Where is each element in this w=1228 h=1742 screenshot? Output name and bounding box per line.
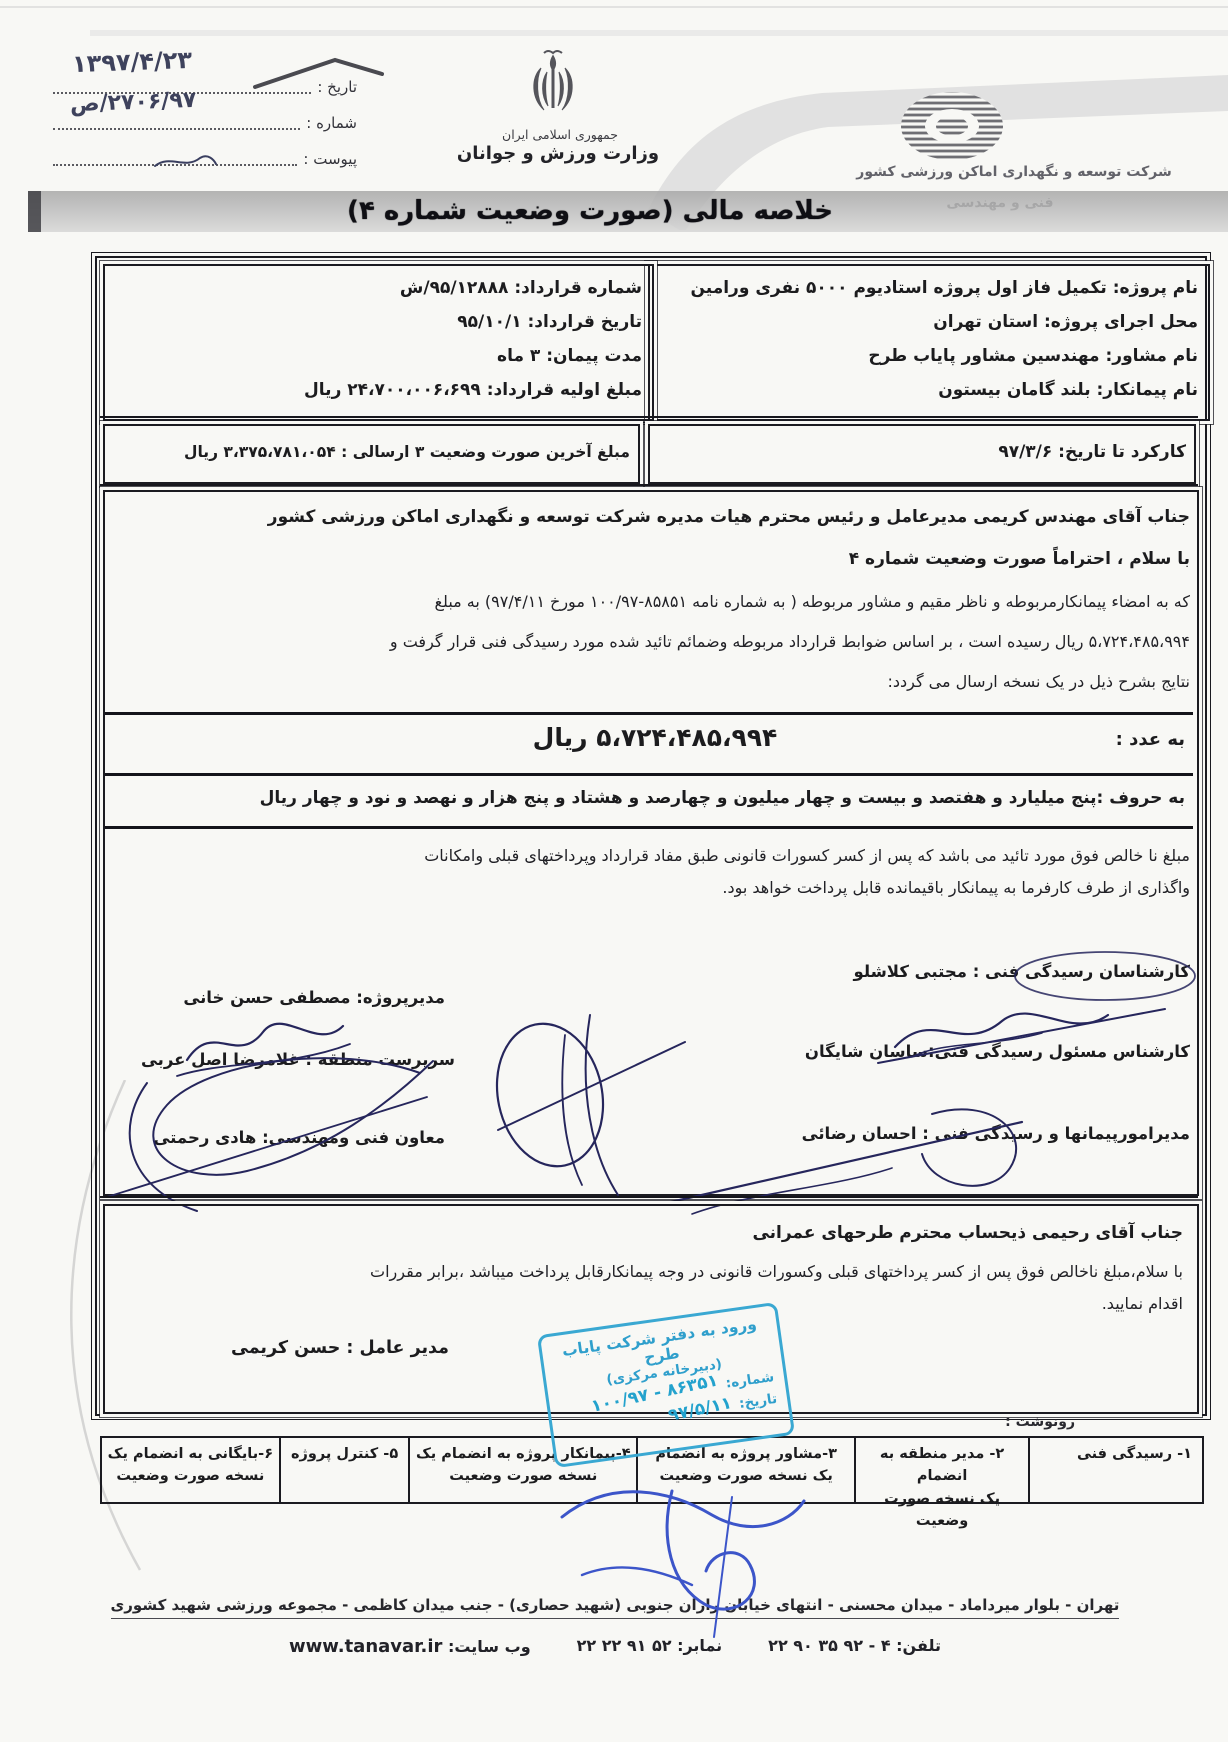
signature-kalashlou bbox=[870, 985, 1180, 1080]
ref-number-label: شماره : bbox=[300, 114, 357, 132]
consultant-name: نام مشاور: مهندسین مشاور پایاب طرح bbox=[654, 339, 1198, 373]
divider-line bbox=[100, 416, 1198, 423]
iran-emblem-icon bbox=[520, 48, 586, 126]
ref-number-value-handwritten: ۲۷۰۶/۹۷/ص bbox=[70, 88, 197, 117]
contractor-name: نام پیمانکار: بلند گامان بیستون bbox=[654, 373, 1198, 407]
ref-number-row: شماره : bbox=[45, 114, 357, 132]
stamp-date-label: تاریخ: bbox=[738, 1391, 778, 1412]
signature-blue-pen bbox=[520, 1455, 820, 1650]
distribution-label: رونوشت : bbox=[925, 1414, 1075, 1430]
attachment-scribble bbox=[150, 148, 220, 174]
website: وب سایت: www.tanavar.ir bbox=[289, 1636, 531, 1657]
contract-info-cell: شماره قرارداد: ۹۵/۱۲۸۸۸/ش تاریخ قرارداد:… bbox=[103, 264, 654, 421]
letter1-body-line2: ۵،۷۲۴،۴۸۵،۹۹۴ ریال رسیده است ، بر اساس ض… bbox=[110, 628, 1190, 656]
letter1-body-line3: نتایج بشرح ذیل در یک نسخه ارسال می گردد: bbox=[110, 668, 1190, 696]
company-name: شرکت توسعه و نگهداری اماکن ورزشی کشور bbox=[818, 164, 1210, 180]
project-info-cell: نام پروژه: تکمیل فاز اول پروژه استادیوم … bbox=[648, 264, 1210, 421]
work-until-cell: کارکرد تا تاریخ: ۹۷/۳/۶ bbox=[648, 424, 1196, 484]
ref-date-value-handwritten: ۱۳۹۷/۴/۲۳ bbox=[72, 46, 193, 78]
website-url: www.tanavar.ir bbox=[289, 1636, 442, 1657]
contract-number: شماره قرارداد: ۹۵/۱۲۸۸۸/ش bbox=[109, 271, 642, 305]
amount-digits-label: به عدد : bbox=[1116, 729, 1185, 750]
letter2-salutation: جناب آقای رحیمی ذیحساب محترم طرحهای عمرا… bbox=[113, 1218, 1183, 1248]
last-statement-cell: مبلغ آخرین صورت وضعیت ۳ ارسالی : ۳،۳۷۵،۷… bbox=[103, 424, 640, 484]
amount-digits-value: ۵،۷۲۴،۴۸۵،۹۹۴ ریال bbox=[405, 723, 905, 752]
website-label: وب سایت: bbox=[448, 1637, 531, 1656]
contract-duration: مدت پیمان: ۳ ماه bbox=[109, 339, 642, 373]
project-location: محل اجرای پروژه: استان تهران bbox=[654, 305, 1198, 339]
letter2-body-line1: با سلام،مبلغ ناخالص فوق پس از کسر پرداخت… bbox=[113, 1258, 1183, 1286]
ceo-signature-line: مدیر عامل : حسن کریمی bbox=[225, 1338, 455, 1358]
net-amount-line2: واگذاری از طرف کارفرما به پیمانکار باقیم… bbox=[110, 874, 1190, 902]
work-until-date: کارکرد تا تاریخ: ۹۷/۳/۶ bbox=[650, 426, 1194, 478]
scan-streak bbox=[0, 6, 1228, 8]
ref-date-label: تاریخ : bbox=[311, 78, 357, 96]
ref-attachment-label: پیوست : bbox=[297, 150, 357, 168]
distribution-item: ۶-بایگانی به انضمام یک نسخه صورت وضعیت bbox=[102, 1438, 279, 1502]
distribution-item: ۵- کنترل پروژه bbox=[279, 1438, 409, 1502]
letter1-body-line1: که به امضاء پیمانکارمربوطه و ناظر مقیم و… bbox=[110, 588, 1190, 616]
contract-date: تاریخ قرارداد: ۹۵/۱۰/۱ bbox=[109, 305, 642, 339]
distribution-item: ۲- مدیر منطقه به انضمام یک نسخه صورت وضع… bbox=[854, 1438, 1028, 1502]
amount-digits-row: به عدد : ۵،۷۲۴،۴۸۵،۹۹۴ ریال bbox=[105, 712, 1193, 776]
scanned-document-page: تاریخ : ۱۳۹۷/۴/۲۳ شماره : ۲۷۰۶/۹۷/ص پیوس… bbox=[0, 0, 1228, 1742]
title-bar-endcap bbox=[28, 191, 41, 232]
amount-words-row: به حروف :پنج میلیارد و هفتصد و بیست و چه… bbox=[105, 770, 1193, 829]
contract-initial-amount: مبلغ اولیه قرارداد: ۲۴،۷۰۰،۰۰۶،۶۹۹ ریال bbox=[109, 373, 642, 407]
letter2-body-line2: اقدام نمایید. bbox=[113, 1290, 1183, 1318]
net-amount-line1: مبلغ نا خالص فوق مورد تائید می باشد که پ… bbox=[110, 842, 1190, 870]
project-name: نام پروژه: تکمیل فاز اول پروژه استادیوم … bbox=[654, 271, 1198, 305]
company-logo-icon bbox=[893, 88, 1011, 166]
amount-words-value: به حروف :پنج میلیارد و هفتصد و بیست و چه… bbox=[260, 788, 1193, 808]
last-statement-amount: مبلغ آخرین صورت وضعیت ۳ ارسالی : ۳،۳۷۵،۷… bbox=[105, 426, 638, 478]
document-title: خلاصه مالی (صورت وضعیت شماره ۴) bbox=[345, 196, 835, 226]
distribution-item: ۱- رسیدگی فنی bbox=[1028, 1438, 1202, 1502]
letter1-salutation: جناب آقای مهندس کریمی مدیرعامل و رئیس مح… bbox=[110, 502, 1190, 532]
letter1-greeting: با سلام ، احتراماً صورت وضعیت شماره ۴ bbox=[110, 544, 1190, 574]
